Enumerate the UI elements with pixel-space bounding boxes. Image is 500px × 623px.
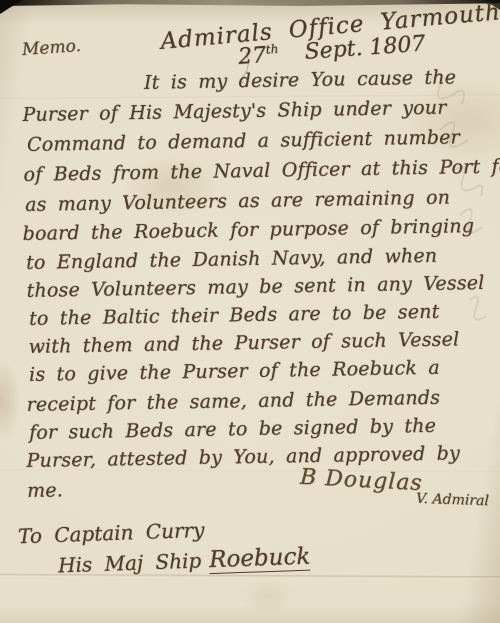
body-line: It is my desire You cause the — [144, 66, 457, 93]
body-line: of Beds from the Naval Officer at this P… — [23, 155, 500, 186]
body-line: board the Roebuck for purpose of bringin… — [22, 215, 474, 245]
body-line: is to give the Purser of the Roebuck a — [29, 357, 440, 386]
body-line: me. — [27, 479, 63, 502]
body-line: Purser of His Majesty's Ship under your — [22, 97, 446, 126]
ship-prefix: His Maj Ship — [58, 548, 202, 577]
ship-name: Roebuck — [209, 544, 311, 575]
body-line: Purser, attested by You, and approved by — [26, 442, 460, 472]
body-line: with them and the Purser of such Vessel — [28, 328, 459, 358]
body-line: those Volunteers may be sent in any Vess… — [26, 272, 484, 302]
body-line: as many Volunteers as are remaining on — [25, 186, 450, 215]
letter-page: Admirals Office Yarmouth 27thSept. 1807 … — [0, 0, 500, 623]
signature-title: V. Admiral — [416, 491, 489, 510]
body-line: receipt for the same, and the Demands — [26, 387, 440, 416]
body-line: to England the Danish Navy, and when — [26, 245, 438, 274]
body-line: to the Baltic their Beds are to be sent — [29, 301, 440, 330]
scanned-letter: Admirals Office Yarmouth 27thSept. 1807 … — [0, 0, 500, 623]
body-line: Command to demand a sufficient number — [27, 126, 460, 156]
body-line: for such Beds are to be signed by the — [29, 415, 436, 444]
